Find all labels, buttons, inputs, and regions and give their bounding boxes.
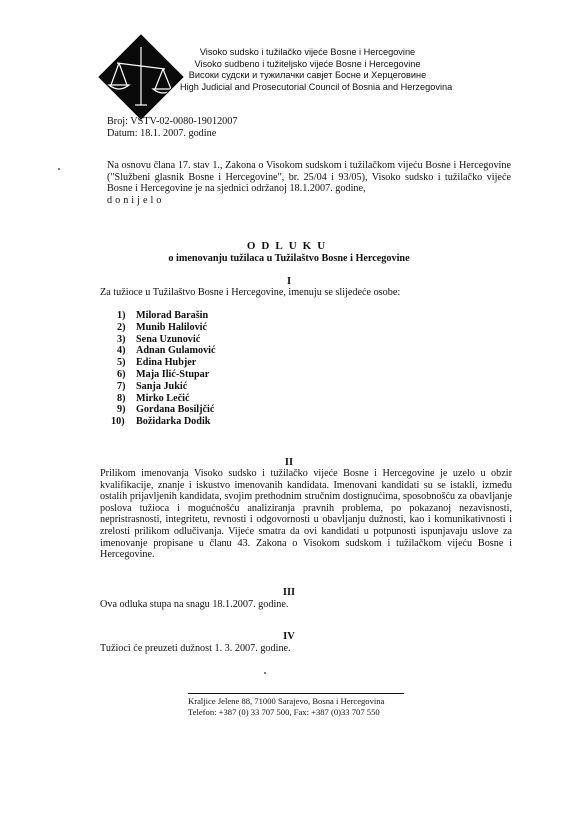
document-reference: Broj: VSTV-02-0080-19012007 Datum: 18.1.… — [107, 116, 237, 140]
scan-speck — [264, 672, 266, 674]
institution-name-english: High Judicial and Prosecutorial Council … — [180, 82, 435, 94]
section-3-numeral: III — [0, 587, 578, 598]
appointee-name: Maja Ilić-Stupar — [136, 369, 209, 380]
institution-name-croatian: Visoko sudbeno i tužiteljsko vijeće Bosn… — [180, 59, 435, 71]
section-1-numeral: I — [0, 276, 578, 287]
scan-speck — [58, 168, 60, 170]
footer-address: Kraljice Jelene 88, 71000 Sarajevo, Bosn… — [188, 696, 404, 707]
appointee-name: Sanja Jukić — [136, 381, 187, 392]
list-item: 8)Mirko Lečić — [117, 393, 216, 405]
reference-number: Broj: VSTV-02-0080-19012007 — [107, 116, 237, 128]
list-item: 4)Adnan Gulamović — [117, 345, 216, 357]
council-logo — [97, 33, 185, 121]
reference-date: Datum: 18.1. 2007. godine — [107, 128, 237, 140]
appointee-name: Munib Halilović — [136, 322, 207, 333]
institution-names: Visoko sudsko i tužilačko vijeće Bosne i… — [180, 47, 435, 93]
decision-title: ODLUKU — [0, 240, 578, 252]
list-item: 6)Maja Ilić-Stupar — [117, 369, 216, 381]
appointee-name: Edina Hubjer — [136, 357, 196, 368]
section-1-text: Za tužioce u Tužilaštvo Bosne i Hercegov… — [100, 287, 512, 299]
decision-subtitle-prefix: o imenovanju tužilaca u — [168, 253, 274, 264]
decision-subtitle-institution: Tužilaštvo Bosne i Hercegovine — [275, 253, 410, 264]
section-3-text: Ova odluka stupa na snagu 18.1.2007. god… — [100, 599, 512, 611]
list-item: 3)Sena Uzunović — [117, 334, 216, 346]
scales-of-justice-icon — [97, 33, 185, 121]
preamble: Na osnovu člana 17. stav 1., Zakona o Vi… — [107, 160, 511, 206]
institution-name-bosnian: Visoko sudsko i tužilačko vijeće Bosne i… — [180, 47, 435, 59]
appointee-name: Božidarka Dodik — [136, 416, 210, 427]
appointee-name: Gordana Bosiljčić — [136, 404, 214, 415]
institution-name-serbian-cyrillic: Високи судски и тужилачки савјет Босне и… — [180, 70, 435, 82]
list-item: 10)Božidarka Dodik — [111, 416, 216, 428]
appointee-name: Milorad Barašin — [136, 310, 208, 321]
preamble-text: Na osnovu člana 17. stav 1., Zakona o Vi… — [107, 160, 511, 194]
footer-contact: Kraljice Jelene 88, 71000 Sarajevo, Bosn… — [188, 693, 404, 717]
section-4-text: Tužioci će preuzeti dužnost 1. 3. 2007. … — [100, 643, 512, 655]
list-item: 2)Munib Halilović — [117, 322, 216, 334]
footer-phone-fax: Telefon: +387 (0) 33 707 500, Fax: +387 … — [188, 707, 404, 718]
appointee-name: Adnan Gulamović — [136, 345, 216, 356]
list-item: 9)Gordana Bosiljčić — [117, 404, 216, 416]
preamble-verb: donijelo — [107, 195, 511, 207]
decision-subtitle: o imenovanju tužilaca u Tužilaštvo Bosne… — [0, 253, 578, 264]
appointee-name: Mirko Lečić — [136, 393, 189, 404]
appointee-list: 1)Milorad Barašin 2)Munib Halilović 3)Se… — [117, 310, 216, 428]
section-2-text: Prilikom imenovanja Visoko sudsko i tuži… — [100, 468, 512, 561]
list-item: 5)Edina Hubjer — [117, 357, 216, 369]
section-2-numeral: II — [0, 457, 578, 468]
list-item: 7)Sanja Jukić — [117, 381, 216, 393]
appointee-name: Sena Uzunović — [136, 334, 200, 345]
section-4-numeral: IV — [0, 631, 578, 642]
list-item: 1)Milorad Barašin — [117, 310, 216, 322]
